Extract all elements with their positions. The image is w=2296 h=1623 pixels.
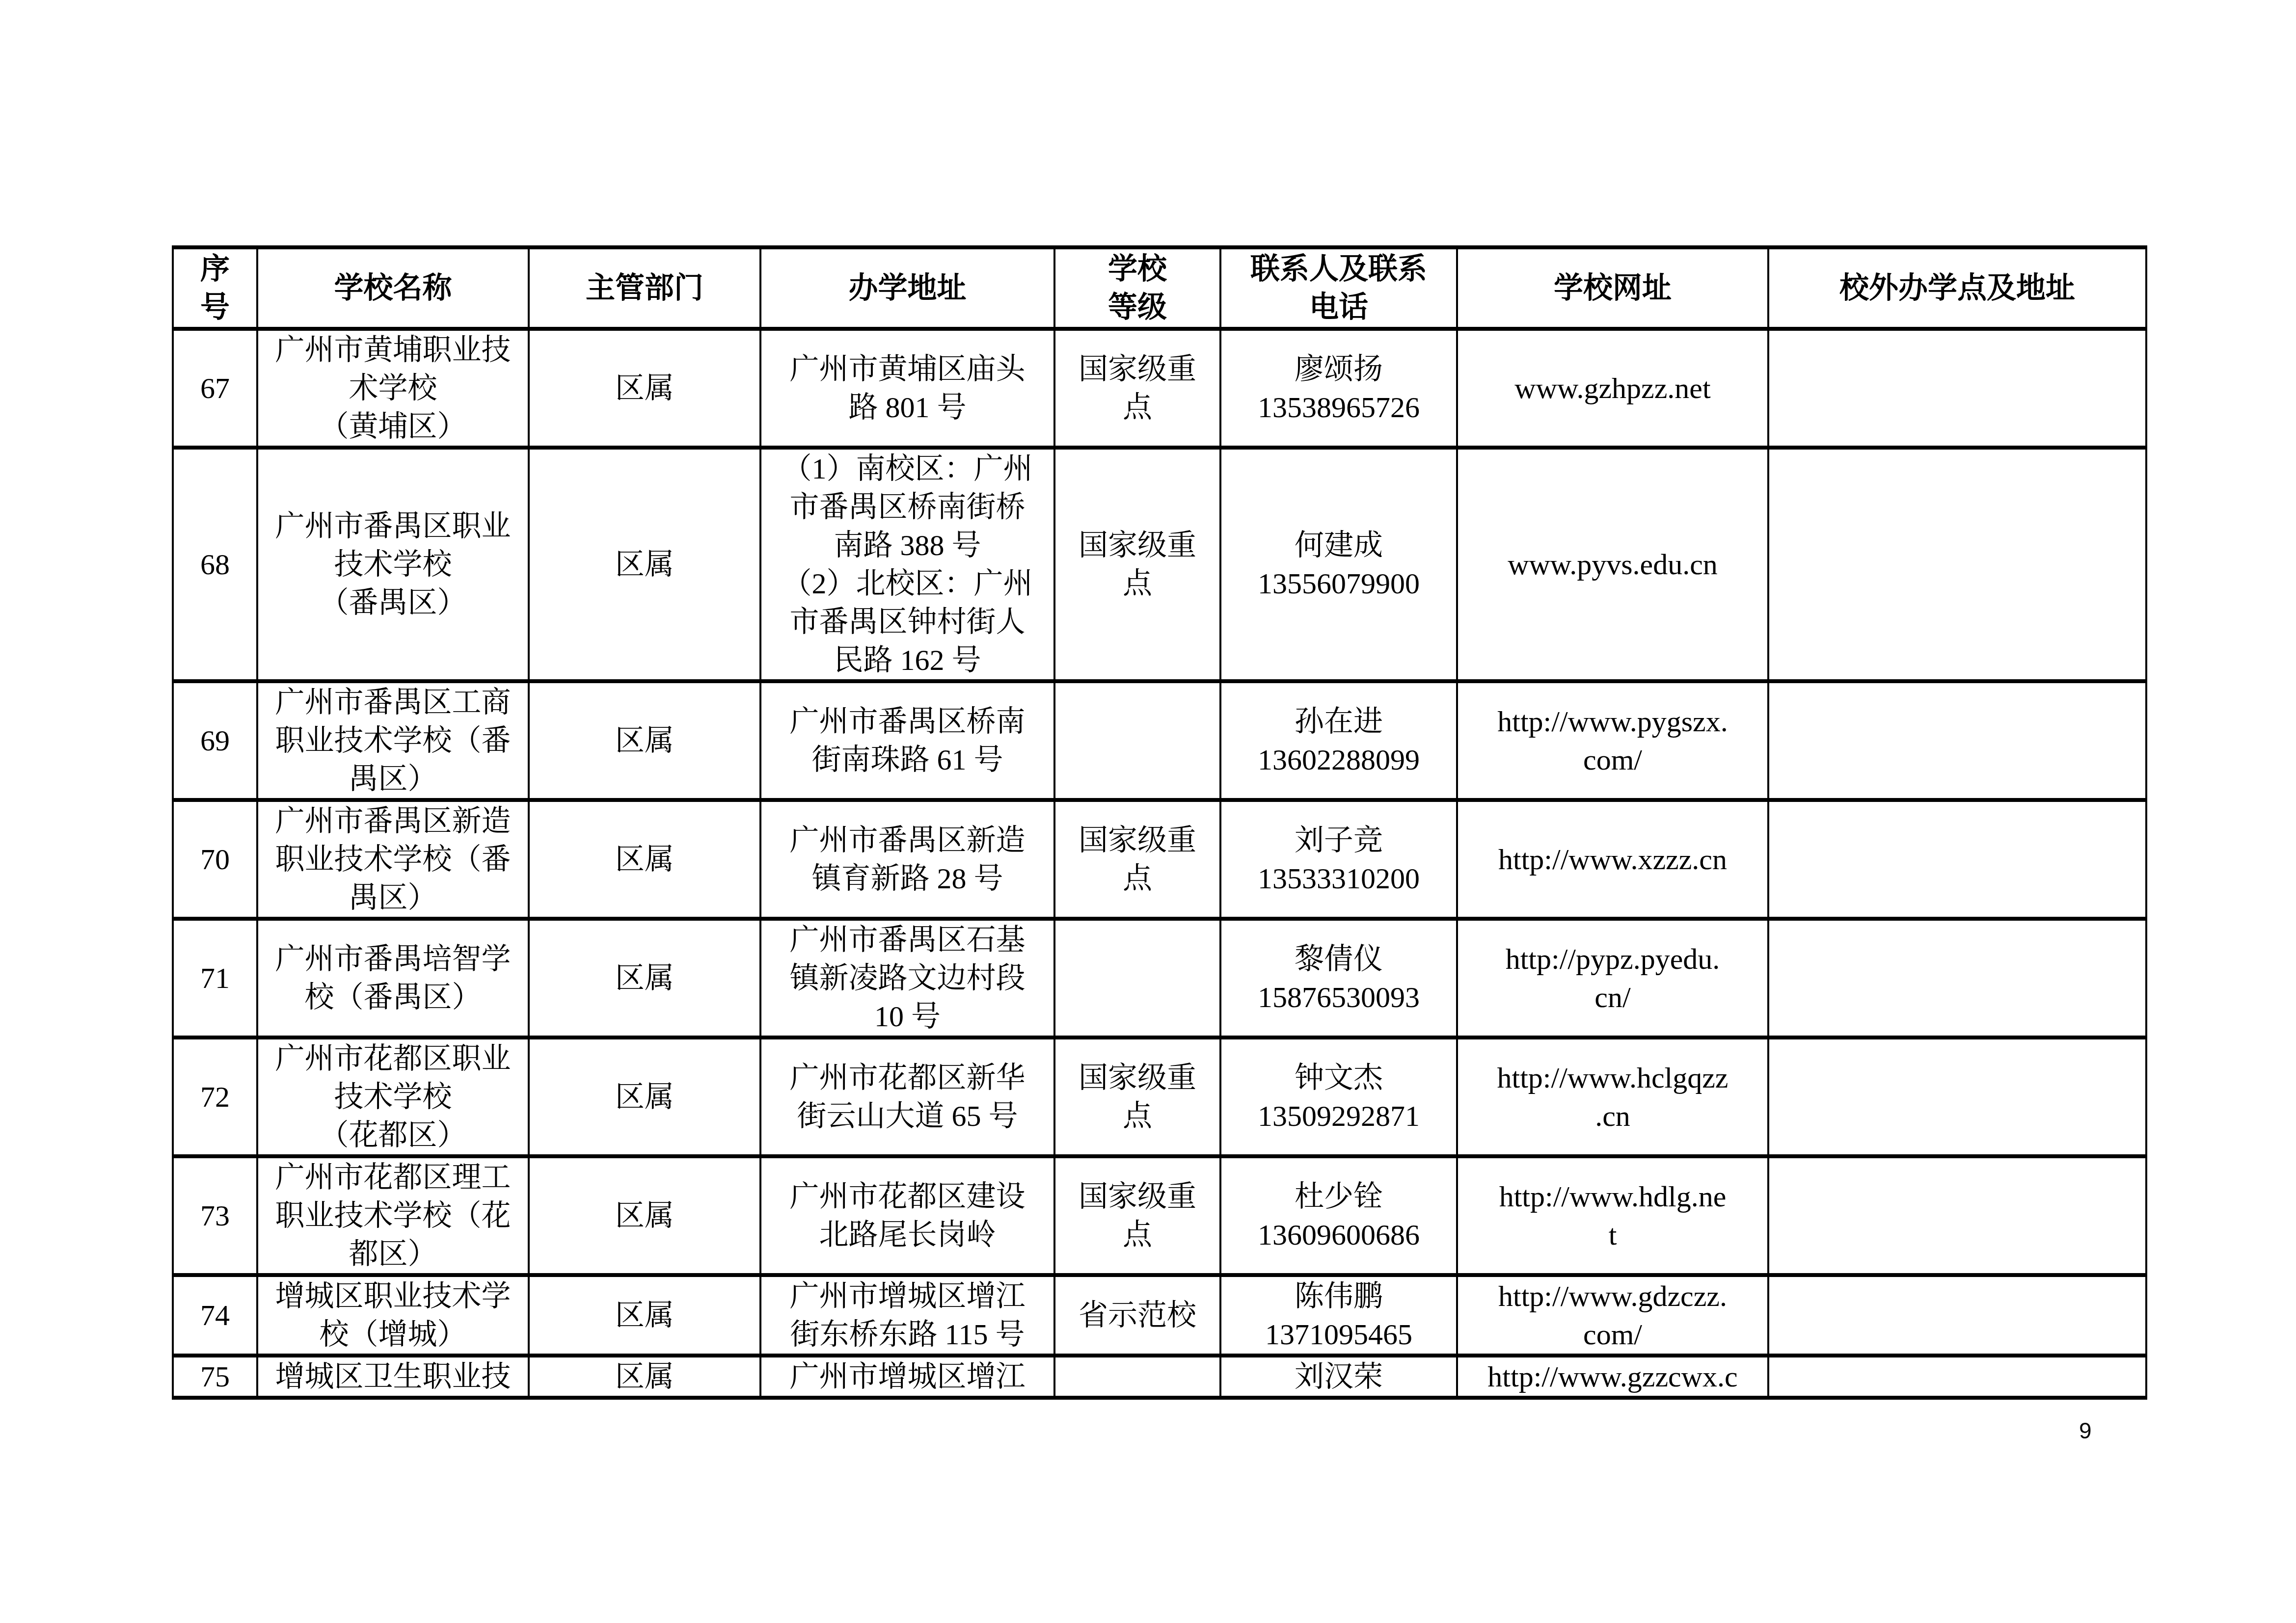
cell-department: 区属 [529, 1356, 760, 1398]
cell-school-name: 广州市番禺区职业 技术学校 （番禺区） [257, 448, 529, 681]
column-header-contact: 联系人及联系 电话 [1220, 247, 1457, 329]
cell-index: 75 [173, 1356, 257, 1398]
cell-department: 区属 [529, 1275, 760, 1356]
cell-index: 71 [173, 919, 257, 1038]
cell-website: www.gzhpzz.net [1457, 329, 1768, 448]
cell-contact: 黎倩仪 15876530093 [1220, 919, 1457, 1038]
cell-offsite [1768, 681, 2146, 800]
cell-website: http://www.gdzczz. com/ [1457, 1275, 1768, 1356]
cell-address: 广州市黄埔区庙头 路 801 号 [760, 329, 1054, 448]
cell-address: 广州市番禺区石基 镇新凌路文边村段 10 号 [760, 919, 1054, 1038]
cell-offsite [1768, 448, 2146, 681]
cell-website: http://www.pygszx. com/ [1457, 681, 1768, 800]
cell-offsite [1768, 329, 2146, 448]
cell-offsite [1768, 800, 2146, 919]
document-page: { "document": { "page_number": "9" }, "t… [0, 0, 2296, 1623]
cell-department: 区属 [529, 329, 760, 448]
cell-school-name: 广州市番禺区新造 职业技术学校（番 禺区） [257, 800, 529, 919]
cell-contact: 钟文杰 13509292871 [1220, 1038, 1457, 1156]
cell-website: http://www.hdlg.ne t [1457, 1156, 1768, 1275]
cell-address: 广州市花都区建设 北路尾长岗岭 [760, 1156, 1054, 1275]
cell-website: http://www.xzzz.cn [1457, 800, 1768, 919]
table-row-73: 73 广州市花都区理工 职业技术学校（花 都区） 区属 广州市花都区建设 北路尾… [173, 1156, 2146, 1275]
cell-department: 区属 [529, 800, 760, 919]
table-row-68: 68 广州市番禺区职业 技术学校 （番禺区） 区属 （1）南校区：广州 市番禺区… [173, 448, 2146, 681]
column-header-offsite: 校外办学点及地址 [1768, 247, 2146, 329]
cell-department: 区属 [529, 1156, 760, 1275]
table-row-75: 75 增城区卫生职业技 区属 广州市增城区增江 刘汉荣 http://www.g… [173, 1356, 2146, 1398]
schools-table: 序 号 学校名称 主管部门 办学地址 学校 等级 联系人及联系 电话 学校网址 … [172, 245, 2147, 1400]
cell-level: 国家级重 点 [1054, 329, 1220, 448]
column-header-school-name: 学校名称 [257, 247, 529, 329]
column-header-department: 主管部门 [529, 247, 760, 329]
cell-level [1054, 1356, 1220, 1398]
cell-index: 70 [173, 800, 257, 919]
table-row-70: 70 广州市番禺区新造 职业技术学校（番 禺区） 区属 广州市番禺区新造 镇育新… [173, 800, 2146, 919]
table-row-74: 74 增城区职业技术学 校（增城） 区属 广州市增城区增江 街东桥东路 115 … [173, 1275, 2146, 1356]
cell-offsite [1768, 1156, 2146, 1275]
cell-index: 72 [173, 1038, 257, 1156]
column-header-website: 学校网址 [1457, 247, 1768, 329]
cell-address: 广州市增城区增江 街东桥东路 115 号 [760, 1275, 1054, 1356]
cell-address: 广州市番禺区桥南 街南珠路 61 号 [760, 681, 1054, 800]
cell-offsite [1768, 919, 2146, 1038]
table-row-72: 72 广州市花都区职业 技术学校 （花都区） 区属 广州市花都区新华 街云山大道… [173, 1038, 2146, 1156]
cell-index: 67 [173, 329, 257, 448]
schools-table-container: 序 号 学校名称 主管部门 办学地址 学校 等级 联系人及联系 电话 学校网址 … [172, 245, 2147, 1400]
page-number: 9 [2079, 1419, 2092, 1442]
cell-website: www.pyvs.edu.cn [1457, 448, 1768, 681]
cell-school-name: 广州市花都区职业 技术学校 （花都区） [257, 1038, 529, 1156]
cell-contact: 刘子竞 13533310200 [1220, 800, 1457, 919]
cell-level [1054, 919, 1220, 1038]
cell-school-name: 广州市番禺培智学 校（番禺区） [257, 919, 529, 1038]
cell-level: 国家级重 点 [1054, 800, 1220, 919]
cell-school-name: 广州市花都区理工 职业技术学校（花 都区） [257, 1156, 529, 1275]
cell-department: 区属 [529, 919, 760, 1038]
cell-offsite [1768, 1038, 2146, 1156]
table-row-69: 69 广州市番禺区工商 职业技术学校（番 禺区） 区属 广州市番禺区桥南 街南珠… [173, 681, 2146, 800]
cell-level: 国家级重 点 [1054, 1156, 1220, 1275]
cell-index: 69 [173, 681, 257, 800]
cell-contact: 杜少铨 13609600686 [1220, 1156, 1457, 1275]
table-row-67: 67 广州市黄埔职业技 术学校 （黄埔区） 区属 广州市黄埔区庙头 路 801 … [173, 329, 2146, 448]
cell-level: 国家级重 点 [1054, 1038, 1220, 1156]
table-row-71: 71 广州市番禺培智学 校（番禺区） 区属 广州市番禺区石基 镇新凌路文边村段 … [173, 919, 2146, 1038]
cell-department: 区属 [529, 681, 760, 800]
cell-contact: 刘汉荣 [1220, 1356, 1457, 1398]
cell-offsite [1768, 1275, 2146, 1356]
cell-contact: 何建成 13556079900 [1220, 448, 1457, 681]
cell-index: 68 [173, 448, 257, 681]
cell-contact: 孙在进 13602288099 [1220, 681, 1457, 800]
cell-level: 省示范校 [1054, 1275, 1220, 1356]
cell-school-name: 广州市番禺区工商 职业技术学校（番 禺区） [257, 681, 529, 800]
cell-department: 区属 [529, 1038, 760, 1156]
cell-level: 国家级重 点 [1054, 448, 1220, 681]
cell-address: （1）南校区：广州 市番禺区桥南街桥 南路 388 号 （2）北校区：广州 市番… [760, 448, 1054, 681]
cell-address: 广州市番禺区新造 镇育新路 28 号 [760, 800, 1054, 919]
column-header-level: 学校 等级 [1054, 247, 1220, 329]
cell-offsite [1768, 1356, 2146, 1398]
header-row: 序 号 学校名称 主管部门 办学地址 学校 等级 联系人及联系 电话 学校网址 … [173, 247, 2146, 329]
cell-address: 广州市花都区新华 街云山大道 65 号 [760, 1038, 1054, 1156]
cell-contact: 陈伟鹏 1371095465 [1220, 1275, 1457, 1356]
cell-address: 广州市增城区增江 [760, 1356, 1054, 1398]
cell-level [1054, 681, 1220, 800]
cell-school-name: 增城区卫生职业技 [257, 1356, 529, 1398]
cell-school-name: 广州市黄埔职业技 术学校 （黄埔区） [257, 329, 529, 448]
cell-website: http://www.gzzcwx.c [1457, 1356, 1768, 1398]
column-header-address: 办学地址 [760, 247, 1054, 329]
cell-department: 区属 [529, 448, 760, 681]
column-header-index: 序 号 [173, 247, 257, 329]
cell-index: 74 [173, 1275, 257, 1356]
cell-website: http://pypz.pyedu. cn/ [1457, 919, 1768, 1038]
cell-contact: 廖颂扬 13538965726 [1220, 329, 1457, 448]
cell-website: http://www.hclgqzz .cn [1457, 1038, 1768, 1156]
cell-index: 73 [173, 1156, 257, 1275]
cell-school-name: 增城区职业技术学 校（增城） [257, 1275, 529, 1356]
